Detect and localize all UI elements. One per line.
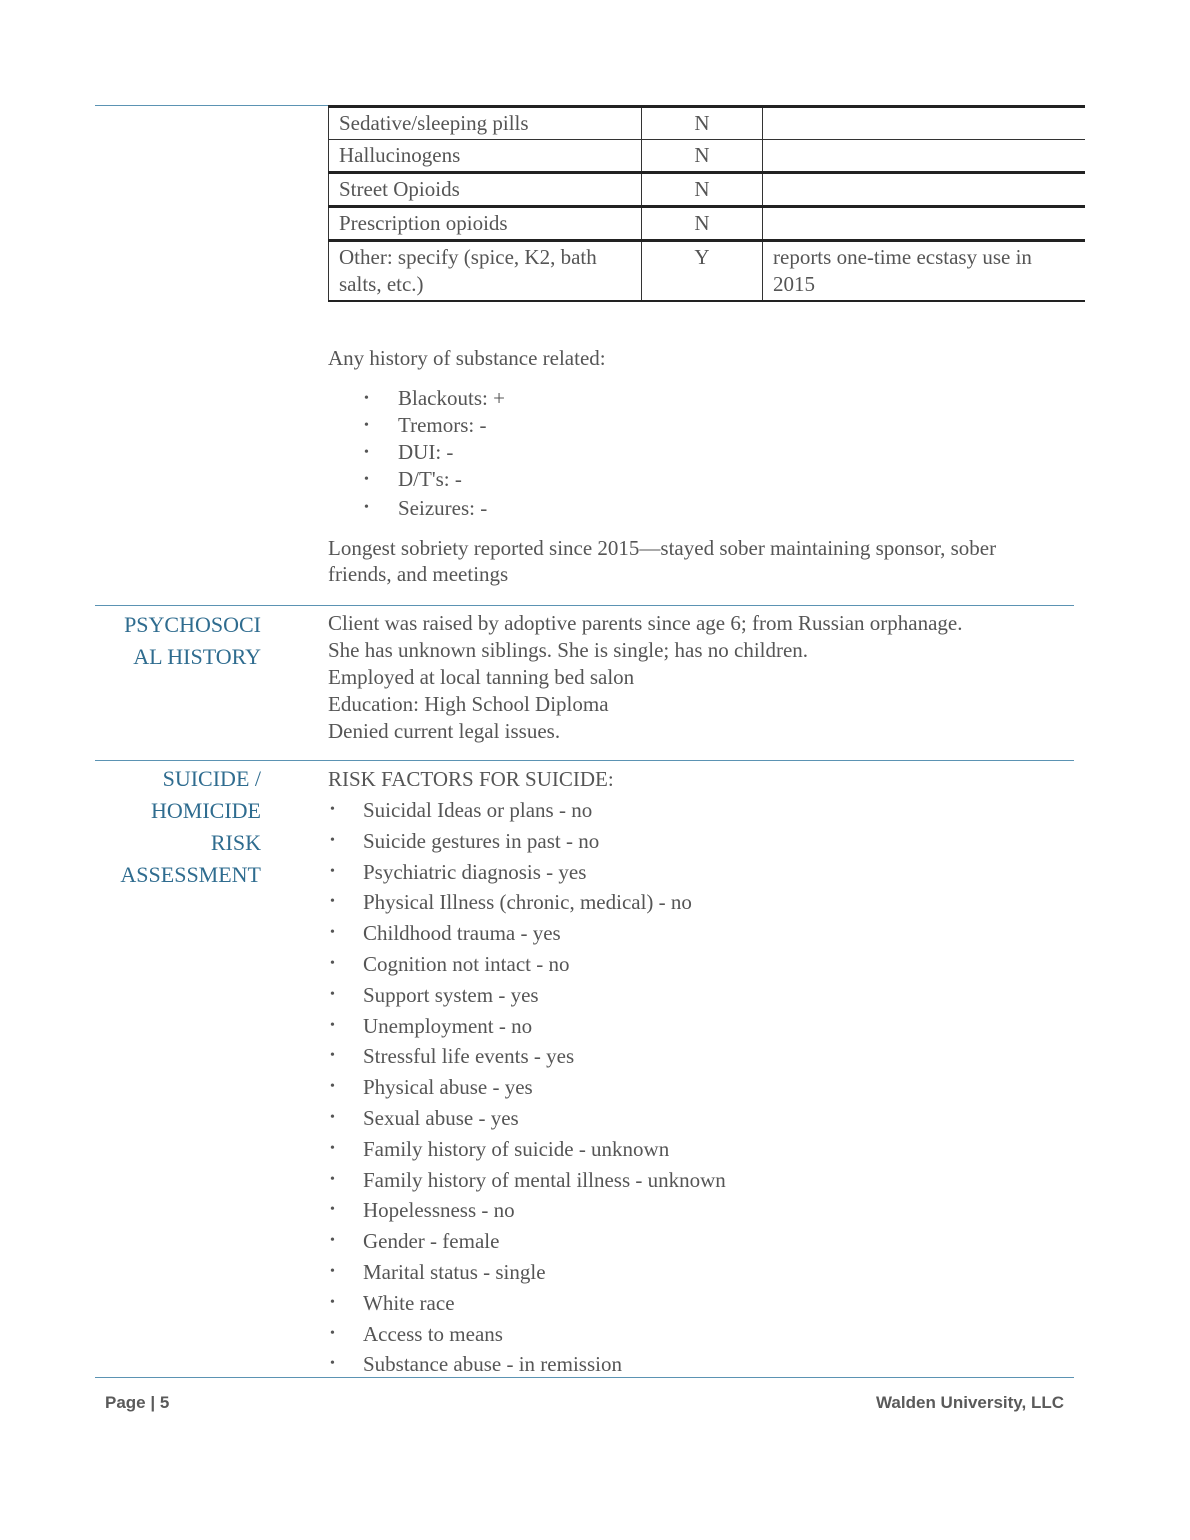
substance-name-cell: Other: specify (spice, K2, bath salts, e…: [329, 241, 642, 302]
list-item: •Seizures: -: [328, 493, 1048, 523]
section-label-line: HOMICIDE: [95, 795, 261, 827]
section-label-suicide-risk: SUICIDE /HOMICIDERISKASSESSMENT: [95, 763, 261, 891]
list-item-text: Substance abuse - in remission: [363, 1352, 622, 1376]
list-item-text: Unemployment - no: [363, 1014, 532, 1038]
substance-use-table: Sedative/sleeping pillsNHallucinogensNSt…: [328, 105, 1085, 302]
list-item-text: D/T's: -: [398, 467, 462, 491]
bullet-icon: •: [330, 826, 335, 857]
table-row: Prescription opioidsN: [329, 207, 1086, 241]
substance-history-list: •Blackouts: +•Tremors: -•DUI: -•D/T's: -…: [328, 385, 1048, 523]
bullet-icon: •: [330, 1011, 335, 1042]
table-row: Other: specify (spice, K2, bath salts, e…: [329, 241, 1086, 302]
usage-flag-cell: N: [642, 140, 763, 173]
bullet-icon: •: [330, 1288, 335, 1319]
psychosocial-history: Client was raised by adoptive parents si…: [328, 610, 1068, 745]
table-row: HallucinogensN: [329, 140, 1086, 173]
list-item-text: Tremors: -: [398, 413, 486, 437]
bullet-icon: •: [330, 918, 335, 949]
substance-history: Any history of substance related: •Black…: [328, 345, 1048, 587]
list-item-text: Cognition not intact - no: [363, 952, 569, 976]
section-divider-bottom: [95, 1377, 1074, 1378]
sobriety-note: Longest sobriety reported since 2015—sta…: [328, 535, 1028, 587]
bullet-icon: •: [330, 949, 335, 980]
bullet-icon: •: [364, 493, 369, 523]
bullet-icon: •: [330, 1165, 335, 1196]
section-label-line: ASSESSMENT: [95, 859, 261, 891]
list-item-text: White race: [363, 1291, 455, 1315]
psychosocial-line: Education: High School Diploma: [328, 691, 1068, 718]
list-item: •Sexual abuse - yes: [328, 1103, 1068, 1134]
list-item: •Tremors: -: [328, 412, 1048, 439]
list-item: •Physical Illness (chronic, medical) - n…: [328, 887, 1068, 918]
bullet-icon: •: [330, 857, 335, 888]
table-row: Street OpioidsN: [329, 173, 1086, 207]
bullet-icon: •: [330, 1103, 335, 1134]
bullet-icon: •: [330, 1195, 335, 1226]
list-item: •Psychiatric diagnosis - yes: [328, 857, 1068, 888]
substance-name-cell: Hallucinogens: [329, 140, 642, 173]
bullet-icon: •: [330, 1319, 335, 1350]
page-number: Page | 5: [105, 1393, 169, 1413]
list-item: •Physical abuse - yes: [328, 1072, 1068, 1103]
notes-cell: [763, 207, 1086, 241]
list-item-text: DUI: -: [398, 440, 453, 464]
list-item: •Access to means: [328, 1319, 1068, 1350]
list-item: •Marital status - single: [328, 1257, 1068, 1288]
substance-name-cell: Sedative/sleeping pills: [329, 107, 642, 140]
bullet-icon: •: [364, 385, 369, 412]
section-label-line: SUICIDE /: [95, 763, 261, 795]
bullet-icon: •: [364, 466, 369, 493]
list-item: •White race: [328, 1288, 1068, 1319]
list-item: •Hopelessness - no: [328, 1195, 1068, 1226]
notes-cell: [763, 173, 1086, 207]
usage-flag-cell: N: [642, 173, 763, 207]
bullet-icon: •: [330, 1257, 335, 1288]
list-item-text: Marital status - single: [363, 1260, 546, 1284]
risk-factors-heading: RISK FACTORS FOR SUICIDE:: [328, 765, 1068, 793]
list-item-text: Childhood trauma - yes: [363, 921, 561, 945]
list-item-text: Psychiatric diagnosis - yes: [363, 860, 586, 884]
list-item-text: Suicidal Ideas or plans - no: [363, 798, 592, 822]
list-item: •Stressful life events - yes: [328, 1041, 1068, 1072]
list-item-text: Support system - yes: [363, 983, 539, 1007]
list-item-text: Family history of mental illness - unkno…: [363, 1168, 726, 1192]
bullet-icon: •: [330, 1072, 335, 1103]
list-item: •Family history of mental illness - unkn…: [328, 1165, 1068, 1196]
list-item: •Unemployment - no: [328, 1011, 1068, 1042]
list-item-text: Seizures: -: [398, 496, 487, 520]
list-item: •Blackouts: +: [328, 385, 1048, 412]
notes-cell: [763, 107, 1086, 140]
bullet-icon: •: [330, 1349, 335, 1380]
footer-organization: Walden University, LLC: [876, 1393, 1064, 1413]
usage-flag-cell: N: [642, 207, 763, 241]
section-label-line: RISK: [95, 827, 261, 859]
list-item-text: Stressful life events - yes: [363, 1044, 574, 1068]
bullet-icon: •: [330, 795, 335, 826]
bullet-icon: •: [330, 1226, 335, 1257]
list-item-text: Physical abuse - yes: [363, 1075, 533, 1099]
list-item-text: Blackouts: +: [398, 386, 505, 410]
suicide-risk-assessment: RISK FACTORS FOR SUICIDE: •Suicidal Idea…: [328, 765, 1068, 1380]
list-item-text: Physical Illness (chronic, medical) - no: [363, 890, 692, 914]
bullet-icon: •: [364, 439, 369, 466]
bullet-icon: •: [330, 980, 335, 1011]
bullet-icon: •: [330, 1134, 335, 1165]
bullet-icon: •: [330, 887, 335, 918]
list-item: •Childhood trauma - yes: [328, 918, 1068, 949]
list-item: •Family history of suicide - unknown: [328, 1134, 1068, 1165]
list-item-text: Family history of suicide - unknown: [363, 1137, 669, 1161]
psychosocial-line: Client was raised by adoptive parents si…: [328, 610, 1068, 637]
substance-name-cell: Street Opioids: [329, 173, 642, 207]
table-row: Sedative/sleeping pillsN: [329, 107, 1086, 140]
list-item: •Cognition not intact - no: [328, 949, 1068, 980]
usage-flag-cell: N: [642, 107, 763, 140]
notes-cell: [763, 140, 1086, 173]
list-item: •Suicide gestures in past - no: [328, 826, 1068, 857]
list-item: •D/T's: -: [328, 466, 1048, 493]
list-item: •DUI: -: [328, 439, 1048, 466]
section-divider-top: [95, 105, 328, 106]
list-item: •Substance abuse - in remission: [328, 1349, 1068, 1380]
bullet-icon: •: [364, 412, 369, 439]
section-label-psychosocial: PSYCHOSOCI AL HISTORY: [95, 609, 261, 673]
list-item-text: Sexual abuse - yes: [363, 1106, 519, 1130]
section-divider: [95, 605, 1074, 606]
bullet-icon: •: [330, 1041, 335, 1072]
section-divider: [95, 760, 1074, 761]
list-item: •Gender - female: [328, 1226, 1068, 1257]
notes-cell: reports one-time ecstasy use in 2015: [763, 241, 1086, 302]
usage-flag-cell: Y: [642, 241, 763, 302]
list-item: •Support system - yes: [328, 980, 1068, 1011]
list-item: •Suicidal Ideas or plans - no: [328, 795, 1068, 826]
risk-factors-list: •Suicidal Ideas or plans - no•Suicide ge…: [328, 795, 1068, 1380]
list-item-text: Access to means: [363, 1322, 503, 1346]
substance-history-intro: Any history of substance related:: [328, 345, 1048, 371]
list-item-text: Gender - female: [363, 1229, 499, 1253]
psychosocial-line: Denied current legal issues.: [328, 718, 1068, 745]
list-item-text: Suicide gestures in past - no: [363, 829, 599, 853]
psychosocial-line: Employed at local tanning bed salon: [328, 664, 1068, 691]
substance-name-cell: Prescription opioids: [329, 207, 642, 241]
psychosocial-line: She has unknown siblings. She is single;…: [328, 637, 1068, 664]
list-item-text: Hopelessness - no: [363, 1198, 515, 1222]
